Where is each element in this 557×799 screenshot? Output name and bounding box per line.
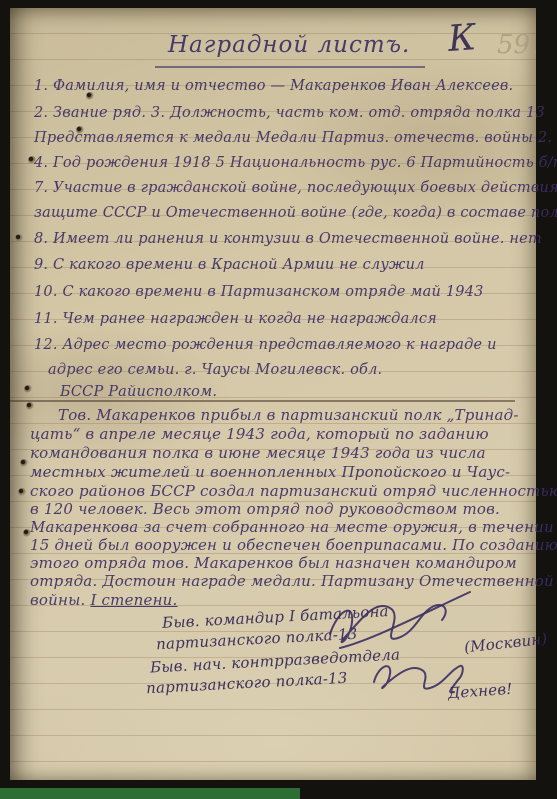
pin-hole [18,488,26,496]
form-line-participation-2: защите СССР и Отечественной войне (где, … [34,205,557,221]
form-line-red-army: 9. С какого времени в Красной Армии не с… [34,257,425,273]
citation-line: цать“ в апреле месяце 1943 года, который… [30,425,489,443]
form-line-prior-awards: 11. Чем ранее награжден и когда не награ… [34,311,437,327]
pin-hole [28,156,36,164]
form-line-birth-nationality: 4. Год рождения 1918 5 Национальность ру… [34,155,557,171]
scan-edge-green-strip [0,788,300,799]
citation-line: Тов. Макаренков прибыл в партизанский по… [58,406,519,424]
title-underline [155,66,425,68]
citation-line: командования полка в июне месяце 1943 го… [30,444,486,462]
form-line-name: 1. Фамилия, имя и отчество — Макаренков … [34,78,513,94]
pin-hole [76,126,84,134]
citation-line: 15 дней был вооружен и обеспечен боеприп… [30,536,557,554]
pin-hole [20,459,28,467]
pin-hole [23,529,31,537]
form-line-address-2: адрес его семьи. г. Чаусы Могилевск. обл… [48,362,382,378]
form-line-medal: Представляется к медали Медали Партиз. о… [34,130,552,146]
pin-hole [24,385,32,393]
citation-line: этого отряда тов. Макаренков был назначе… [30,554,517,572]
citation-line: местных жителей и военнопленных Пропойск… [30,463,510,481]
grade-prefix: войны. [30,591,90,609]
form-line-partisan-since: 10. С какого времени в Партизанском отря… [34,284,484,300]
form-line-wounds: 8. Имеет ли ранения и контузии в Отечест… [34,231,542,247]
pin-hole [86,92,94,100]
form-line-rank-duty: 2. Звание ряд. 3. Должность, часть ком. … [34,105,545,121]
form-line-address-1: 12. Адрес место рождения представляемого… [34,337,497,353]
citation-line: в 120 человек. Весь этот отряд под руков… [30,500,500,518]
scanned-award-document: Наградной листъ. К 59. 1. Фамилия, имя и… [0,0,557,799]
document-title: Наградной листъ. [168,32,410,58]
pin-hole [15,234,23,242]
form-line-participation-1: 7. Участие в гражданской войне, последую… [34,180,557,196]
grade-value: I степени. [90,591,177,609]
citation-line: отряда. Достоин награде медали. Партизан… [30,572,554,590]
form-line-address-3: БССР Райисполком. [60,384,217,400]
page-number-pencil: 59. [497,30,538,60]
corner-ink-mark: К [447,17,478,60]
citation-grade-line: войны. I степени. [30,591,178,609]
citation-line: ского районов БССР создал партизанский о… [30,482,557,500]
section-divider-rule [10,400,515,402]
citation-line: Макаренкова за счет собранного на месте … [30,518,554,536]
pin-hole [26,402,34,410]
